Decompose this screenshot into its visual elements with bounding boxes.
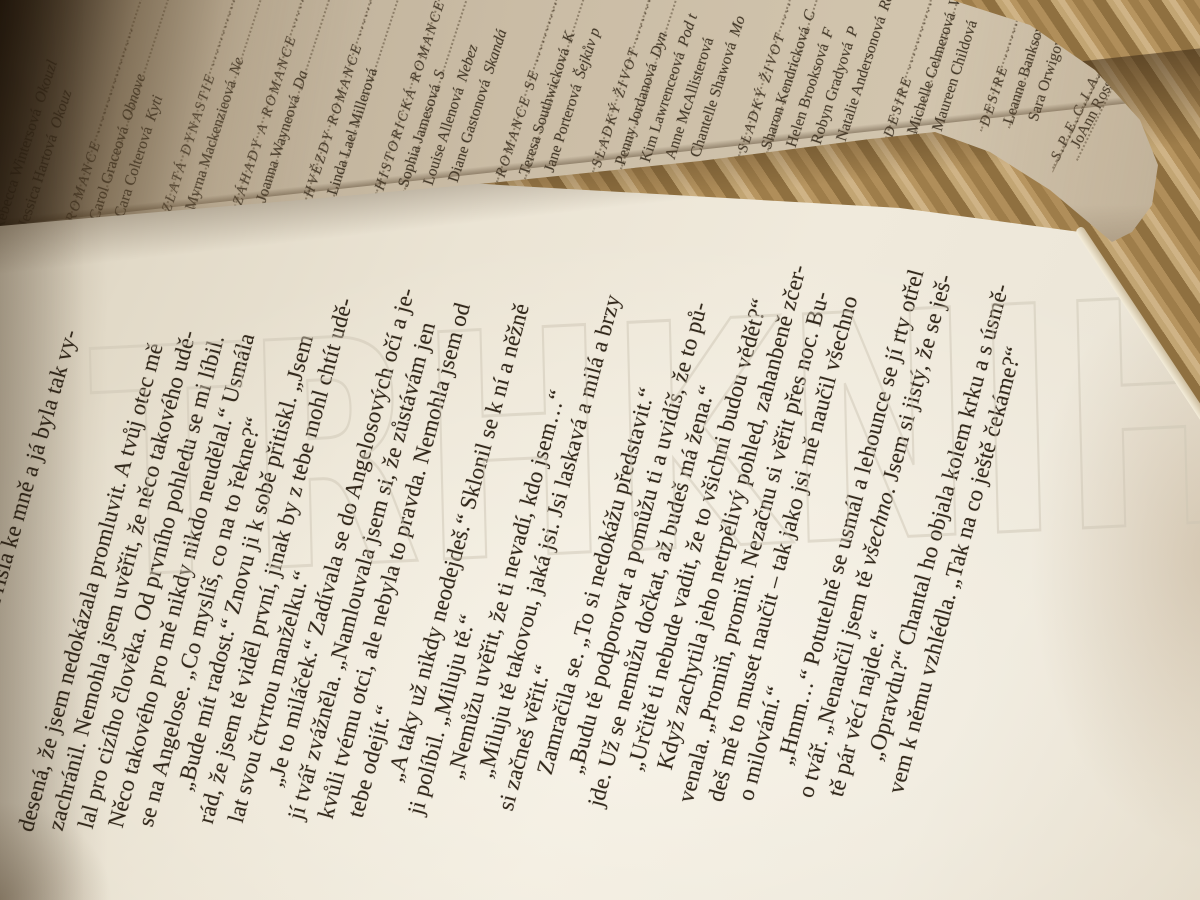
series-entry: Chantelle ShawováMo — [686, 13, 751, 160]
dotted-rule — [524, 0, 625, 179]
series-entry: Linda Lael Millerová — [323, 66, 383, 198]
series-header-label: SLADKÝ ŽIVOT — [735, 30, 789, 155]
series-entry-title: F — [818, 25, 837, 39]
watermark-text: TRHKNIH — [88, 262, 1200, 618]
series-entry-author: Linda Lael Millerová — [324, 66, 381, 197]
series-entry-author: Natalie Andersonová — [833, 15, 889, 144]
series-entry-title: Skandá — [480, 27, 510, 76]
series-entry-title: Mo — [726, 13, 749, 38]
series-entry-author: Maureen Childová — [929, 18, 981, 133]
dotted-rule — [884, 0, 985, 142]
photo-of-open-book: TRHKNIH z internátu. Přišla ke mně a já … — [0, 0, 1200, 900]
series-entry: Jessica HartováOkouz — [14, 88, 77, 231]
series-header: DESIRE ················· — [879, 0, 955, 140]
series-header-label: DESIRE — [881, 73, 916, 139]
dotted-rule — [766, 0, 867, 154]
series-entry: Penny JordanováDyn — [611, 29, 673, 168]
series-entry-author: Joanna Wayneová — [253, 93, 304, 204]
series-entry: Anne McAllisterová — [661, 35, 719, 162]
series-entry-author: Cara Colterová — [111, 125, 156, 220]
series-entry: Sharon KendrickováC — [757, 8, 821, 152]
series-entry-author: Penny Jordanová — [612, 61, 661, 167]
series-entry-title: Pod t — [675, 12, 701, 49]
dotted-rule — [94, 0, 195, 225]
dotted-rule — [592, 0, 693, 172]
series-entry-author: Helen Brooksová — [783, 41, 833, 149]
series-entry: Diane GastonováSkandá — [444, 27, 512, 185]
series-header: HVĚZDY ROMANCE ················· — [299, 0, 405, 200]
series-entry-title: Dyn — [647, 29, 671, 59]
series-entry-title: K — [559, 29, 578, 44]
series-entry-author: Carol Graceová — [86, 124, 132, 222]
series-header-label: DESIRE — [977, 63, 1012, 129]
series-entry-title: Roma — [875, 0, 902, 13]
series-header-label: HVĚZDY ROMANCE — [301, 41, 366, 200]
series-header: ROMANCE SE ················· — [491, 0, 582, 180]
series-entry-author: Myrna Mackenzieová — [182, 78, 240, 212]
series-entry-title: C — [800, 8, 819, 23]
dotted-rule — [66, 0, 167, 228]
series-entry: Myrna MackenzieováNe — [181, 55, 249, 213]
series-header: ZLATÁ DYNASTIE ················· — [157, 0, 258, 215]
series-entry: Carol GraceováObnove — [85, 71, 151, 223]
series-entry-author: Sophia Jamesová — [395, 83, 444, 190]
series-entry-author: Kim Lawrenceová — [637, 50, 689, 165]
dotted-rule — [332, 0, 433, 200]
series-entry-title: Nebez — [454, 42, 482, 83]
series-entry: Cara ColterováKyti — [110, 93, 168, 220]
series-entry: Joanna WayneováDa — [252, 68, 314, 205]
series-entry: Louise AllenováNebez — [419, 42, 483, 188]
series-header-label: ROMANCE SE — [493, 67, 543, 180]
series-entry: Kim LawrenceováPod t — [636, 11, 703, 165]
series-entry-author: Chantelle Shawová — [687, 40, 740, 159]
dotted-rule — [190, 0, 291, 214]
leader-dots: ················· — [528, 0, 580, 72]
leader-dots: ················· — [351, 0, 403, 46]
leader-dots: ················· — [89, 25, 141, 143]
series-entry: Helen BrooksováF — [782, 25, 839, 150]
series-entry-title: Šejkův p — [571, 26, 603, 81]
leader-dots: ················· — [628, 0, 680, 50]
dotted-rule — [233, 0, 334, 210]
dotted-rule — [304, 0, 405, 203]
dotted-rule — [620, 0, 721, 169]
series-entry-author: Anne McAllisterová — [662, 36, 717, 162]
series-entry: Natalie AndersonováRoma — [832, 0, 905, 144]
leader-dots: ················· — [285, 0, 337, 37]
series-entry-author: Robyn Gradyová — [808, 40, 857, 146]
series-entry-title: Ne — [226, 55, 247, 77]
series-entry-title: Da — [290, 69, 312, 92]
series-entry-author: Diane Gastonová — [445, 77, 494, 184]
dotted-rule — [496, 0, 597, 182]
series-entry-author: Louise Allenová — [420, 85, 468, 187]
leader-dots: ················· — [434, 0, 486, 2]
series-header-label: ZLATÁ DYNASTIE — [159, 71, 219, 215]
series-entry-author: Teresa Southwicková — [516, 46, 573, 178]
series-entry: Robyn GradyováP — [807, 24, 864, 147]
series-entry: Maureen Childová — [928, 18, 983, 134]
dotted-rule — [912, 0, 1013, 139]
series-entry-title: Kyti — [142, 94, 166, 124]
series-entry-title: Okouz — [47, 88, 75, 131]
series-entry: Teresa SouthwickováK — [515, 29, 580, 178]
series-entry: Jane PorterováŠejkův p — [540, 26, 606, 176]
series-header: ROMANCE ················· — [61, 24, 143, 225]
series-header-label: ZÁHADY A ROMANCE — [230, 32, 300, 207]
dotted-rule — [375, 0, 476, 195]
series-entry-title: Okouzl — [31, 58, 61, 105]
leader-dots: ················· — [774, 0, 826, 35]
series-entry: Michelle CelmerováV — [903, 0, 966, 137]
series-entry-author: Michelle Celmerová — [904, 10, 959, 136]
series-entry-title: Obnove — [118, 72, 149, 123]
series-entry-author: Rebecca Wintersová — [0, 106, 45, 232]
series-header: HISTORICKÁ ROMANCE ················· — [370, 0, 488, 193]
series-header: SLADKÝ ŽIVOT ················· — [587, 0, 682, 170]
series-header-label: HISTORICKÁ ROMANCE — [372, 0, 449, 192]
dotted-rule — [162, 0, 263, 217]
dotted-rule — [261, 0, 362, 207]
series-header-label: SLADKÝ ŽIVOT — [589, 45, 643, 170]
series-entry-author: Jessica Hartová — [15, 132, 61, 229]
series-entry-title: P — [843, 24, 862, 38]
series-entry: Rebecca WintersováOkouzl — [0, 58, 63, 233]
dotted-rule — [738, 0, 839, 157]
series-header: ZÁHADY A ROMANCE ················· — [228, 0, 339, 208]
series-entry: Sophia JamesováS — [394, 68, 451, 190]
leader-dots: ················· — [901, 0, 953, 78]
dotted-rule — [403, 0, 504, 192]
series-entry-author: Sharon Kendricková — [758, 25, 814, 152]
series-entry-author: Jane Porterová — [541, 82, 586, 174]
series-header-label: ROMANCE — [63, 138, 105, 225]
series-entry-title: S — [430, 69, 449, 82]
leader-dots: ················· — [204, 0, 256, 76]
series-header: SLADKÝ ŽIVOT ················· — [733, 0, 828, 155]
